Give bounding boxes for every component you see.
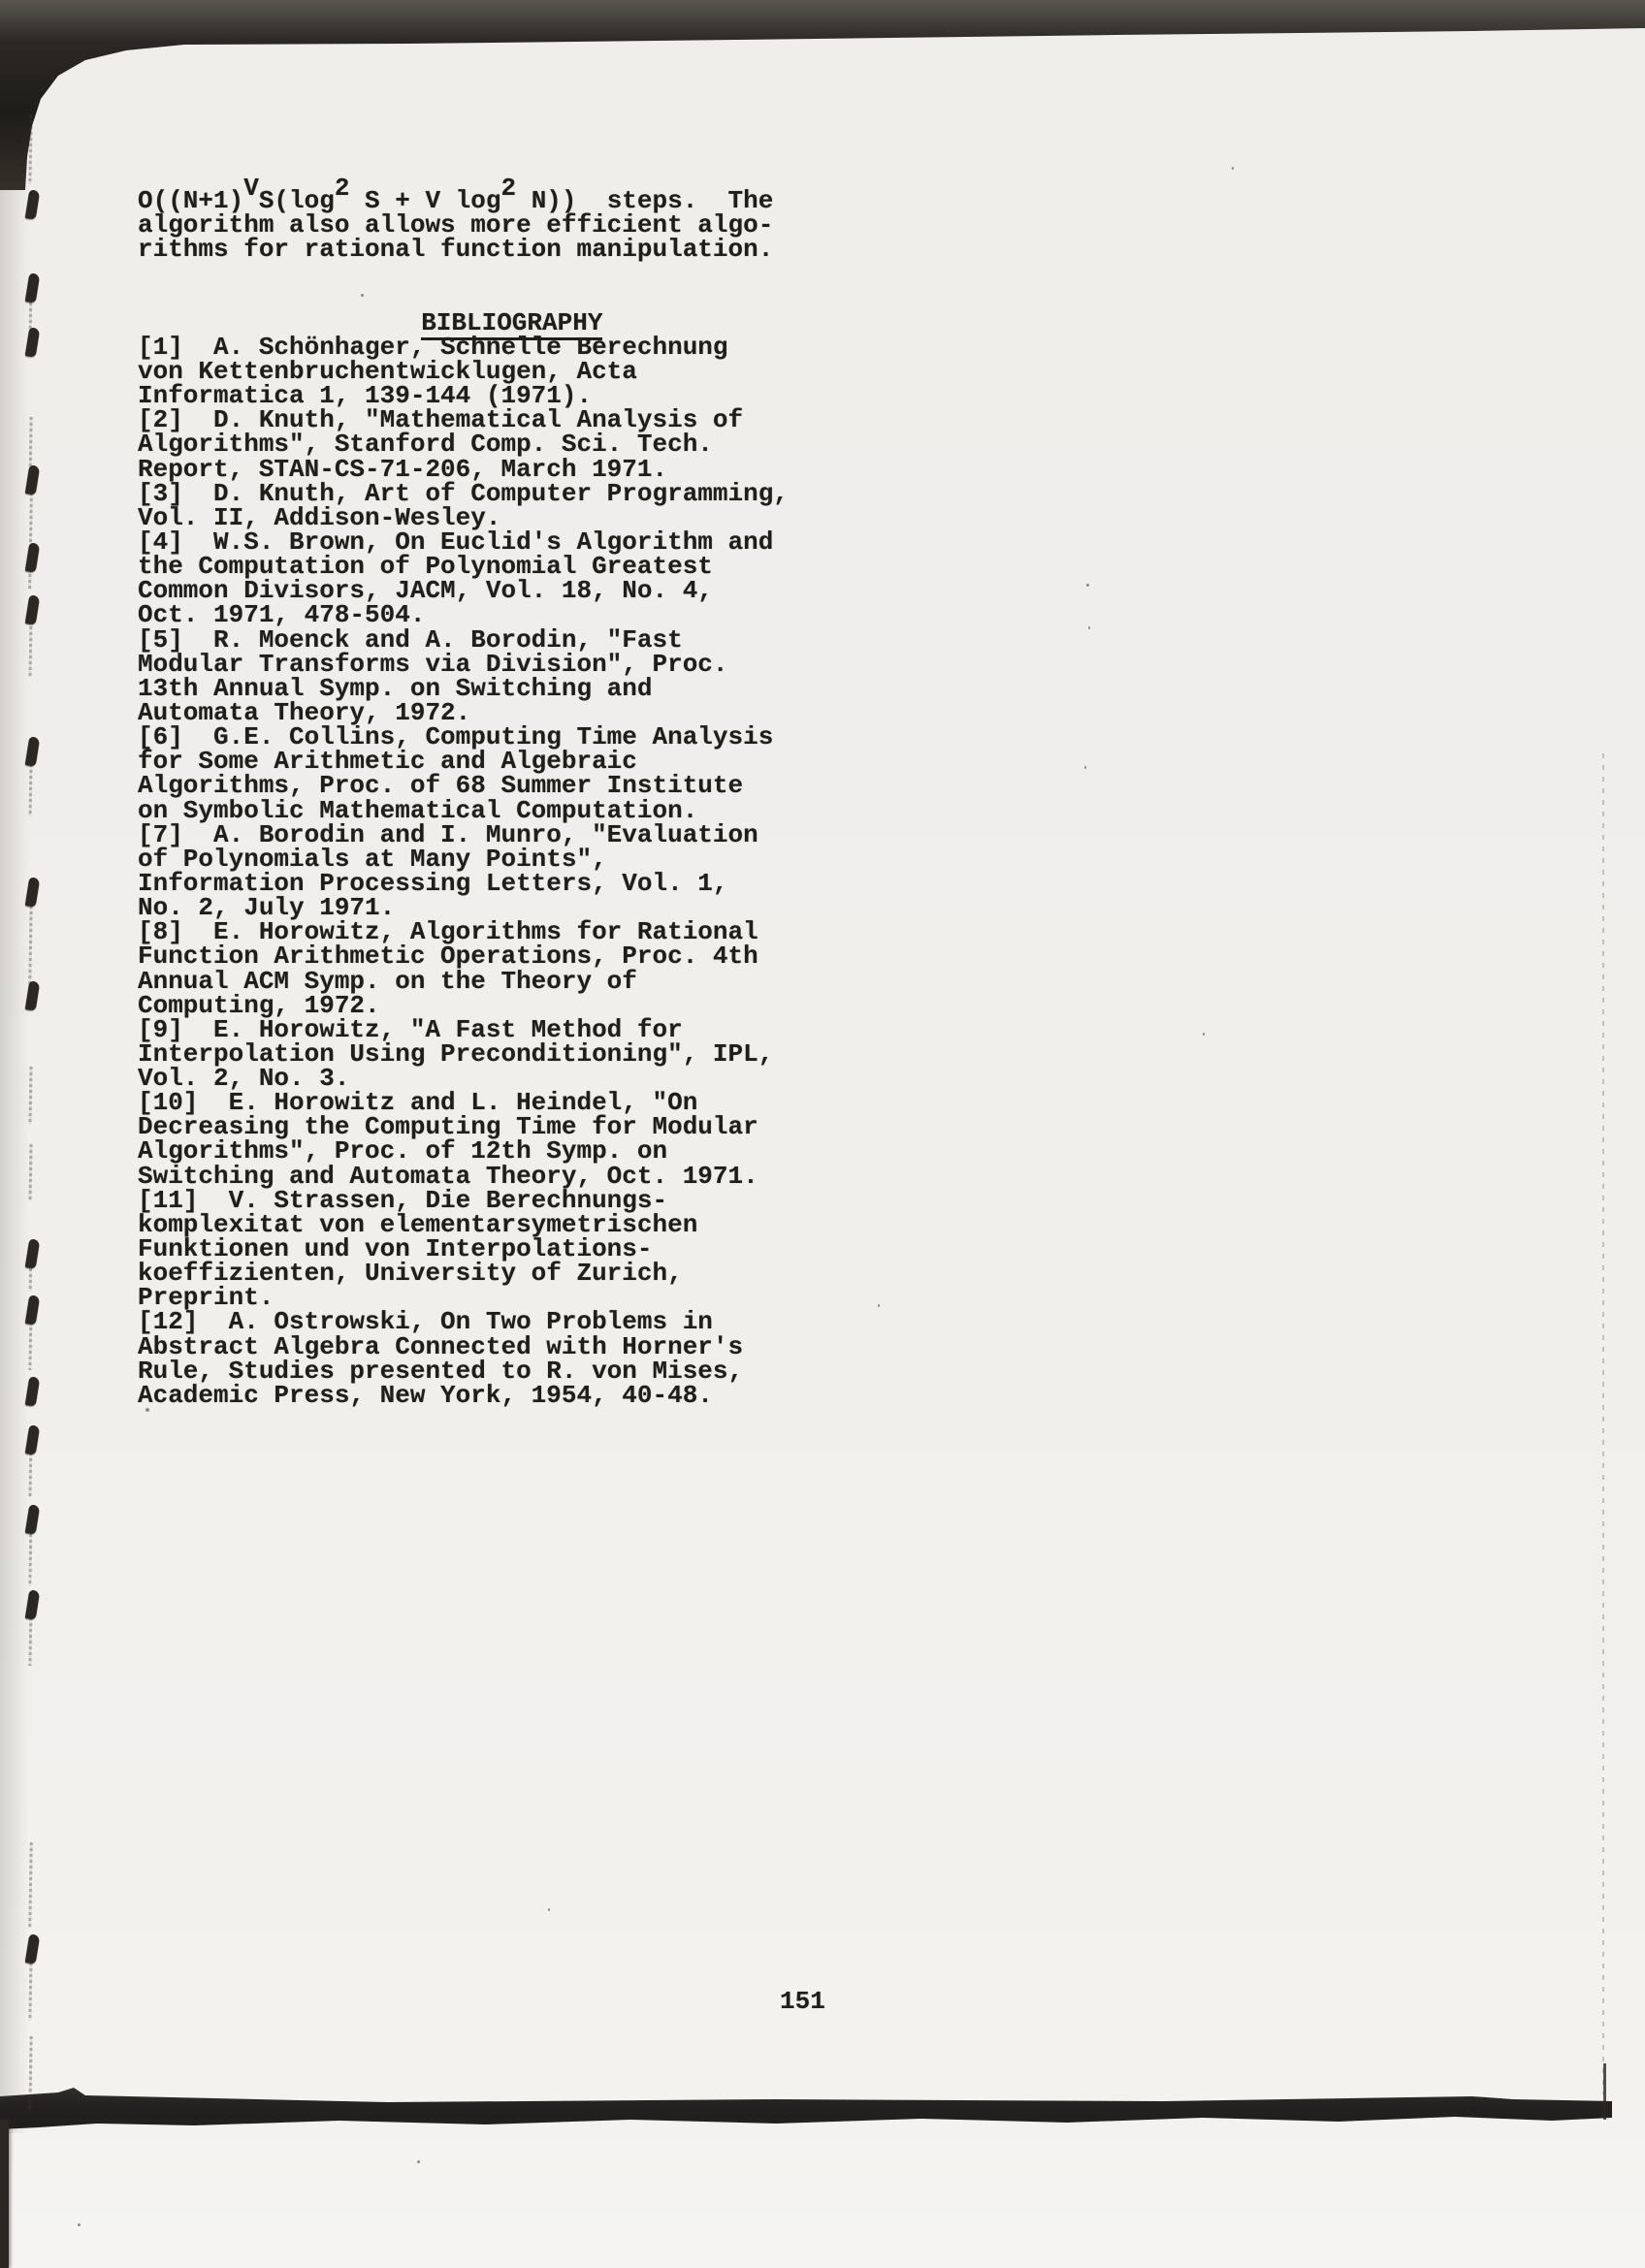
binding-line-mark	[28, 493, 33, 590]
binding-line-mark	[28, 1067, 32, 1125]
intro-line: rithms for rational function manipulatio…	[138, 238, 795, 262]
dust-speck	[548, 1908, 550, 1911]
reference-line: on Symbolic Mathematical Computation.	[138, 799, 795, 823]
left-edge-shadow	[0, 155, 29, 2133]
superscript: V	[243, 174, 259, 203]
reference-line: Academic Press, New York, 1954, 40-48.	[138, 1384, 795, 1408]
dust-speck	[145, 1408, 149, 1412]
dust-speck	[1086, 584, 1089, 587]
binding-line-mark	[28, 1842, 33, 1928]
binding-line-mark	[28, 621, 32, 677]
reference-entry-12: [12] A. Ostrowski, On Two Problems inAbs…	[138, 1310, 795, 1408]
reference-line: Algorithms", Stanford Comp. Sci. Tech.	[138, 432, 795, 457]
reference-line: [5] R. Moenck and A. Borodin, "Fast	[138, 628, 795, 653]
scan-artifact-left-bar	[0, 2120, 9, 2268]
reference-entry-11: [11] V. Strassen, Die Berechnungs-komple…	[138, 1189, 795, 1311]
reference-entry-9: [9] E. Horowitz, "A Fast Method forInter…	[138, 1018, 795, 1091]
page-number: 151	[780, 1990, 825, 2014]
scanned-page: O((N+1)VS(log2 S + V log2 N)) steps. The…	[0, 0, 1645, 2268]
dust-speck	[1232, 167, 1234, 170]
dust-speck	[878, 1304, 880, 1307]
reference-entry-6: [6] G.E. Collins, Computing Time Analysi…	[138, 725, 795, 823]
reference-line: Computing, 1972.	[138, 994, 795, 1018]
reference-entry-7: [7] A. Borodin and I. Munro, "Evaluation…	[138, 823, 795, 921]
scan-artifact-bottom-band	[0, 2087, 1612, 2131]
binding-line-mark	[28, 900, 33, 985]
intro-lines: algorithm also allows more efficient alg…	[138, 213, 795, 262]
reference-entry-4: [4] W.S. Brown, On Euclid's Algorithm an…	[138, 530, 795, 628]
binding-line-mark	[29, 764, 33, 816]
reference-entry-8: [8] E. Horowitz, Algorithms for Rational…	[138, 920, 795, 1018]
bibliography-list: [1] A. Schönhager, Schnelle Berechnungvo…	[138, 335, 795, 1408]
text-column: O((N+1)VS(log2 S + V log2 N)) steps. The…	[138, 189, 795, 1408]
reference-line: Algorithms, Proc. of 68 Summer Institute	[138, 774, 795, 798]
reference-line: [12] A. Ostrowski, On Two Problems in	[138, 1310, 795, 1334]
scan-artifact-top-band	[0, 0, 1645, 190]
reference-line: Abstract Algebra Connected with Horner's	[138, 1335, 795, 1359]
reference-line: Algorithms", Proc. of 12th Symp. on	[138, 1139, 795, 1164]
dust-speck	[361, 294, 364, 297]
bibliography-heading-line: BIBLIOGRAPHY	[138, 287, 795, 311]
dust-speck	[1088, 626, 1090, 629]
reference-entry-3: [3] D. Knuth, Art of Computer Programmin…	[138, 482, 795, 530]
superscript: 2	[335, 174, 350, 203]
reference-entry-1: [1] A. Schönhager, Schnelle Berechnungvo…	[138, 335, 795, 408]
scan-artifact-right-edge-bottom	[1603, 2063, 1606, 2120]
reference-line: Annual ACM Symp. on the Theory of	[138, 970, 795, 994]
binding-line-mark	[28, 114, 32, 184]
blank-line	[138, 262, 795, 286]
binding-line-mark	[28, 1144, 32, 1200]
dust-speck	[417, 2160, 420, 2163]
superscript: 2	[500, 174, 516, 203]
reference-line: Report, STAN-CS-71-206, March 1971.	[138, 458, 795, 482]
scan-artifact-right-edge	[1602, 747, 1604, 2094]
reference-line: Oct. 1971, 478-504.	[138, 603, 795, 627]
reference-entry-5: [5] R. Moenck and A. Borodin, "FastModul…	[138, 628, 795, 726]
reference-entry-10: [10] E. Horowitz and L. Heindel, "OnDecr…	[138, 1091, 795, 1189]
reference-line: Function Arithmetic Operations, Proc. 4t…	[138, 944, 795, 969]
reference-line: Switching and Automata Theory, Oct. 1971…	[138, 1165, 795, 1189]
dust-speck	[1203, 1033, 1205, 1036]
reference-entry-2: [2] D. Knuth, "Mathematical Analysis ofA…	[138, 408, 795, 481]
dust-speck	[78, 2223, 81, 2226]
dust-speck	[1084, 766, 1086, 769]
